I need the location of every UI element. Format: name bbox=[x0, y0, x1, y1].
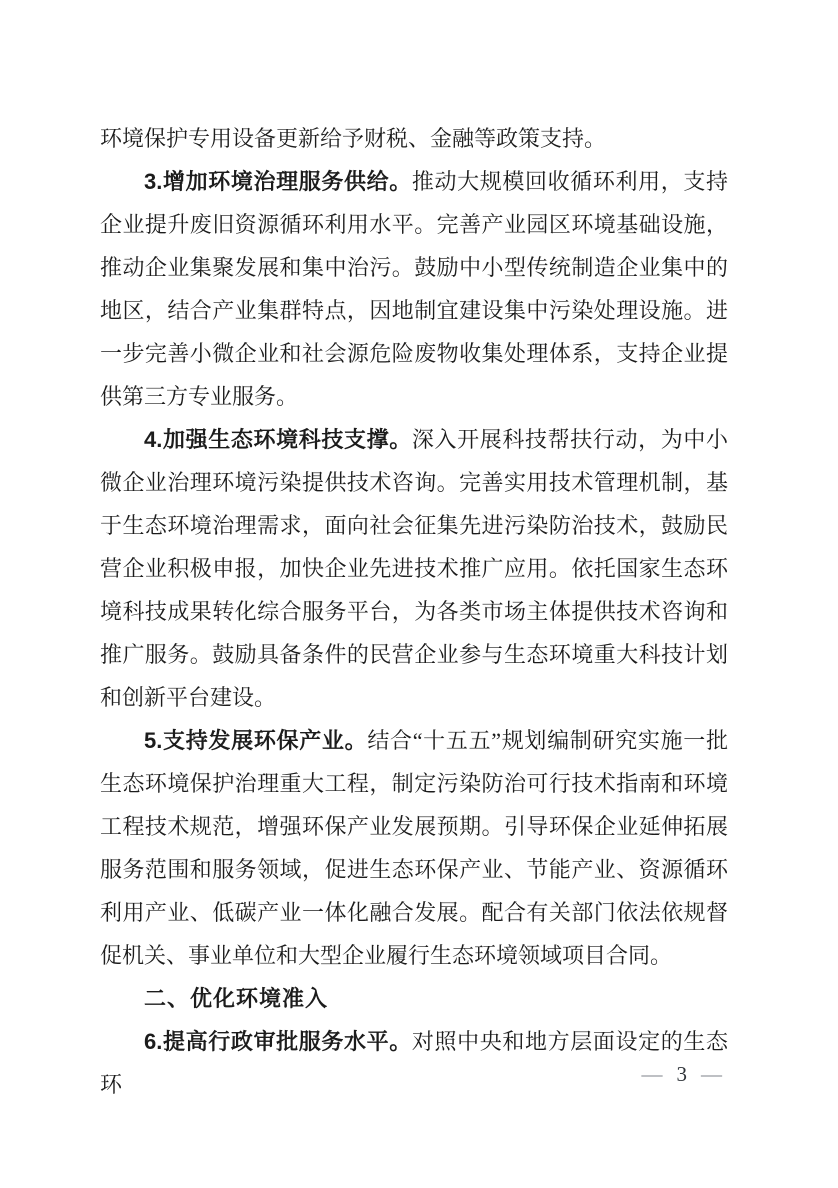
body-text-run: 深入开展科技帮扶行动，为中小微企业治理环境污染提供技术咨询。完善实用技术管理机制… bbox=[100, 427, 728, 710]
body-text-run: 结合“十五五”规划编制研究实施一批生态环境保护治理重大工程，制定污染防治可行技术… bbox=[100, 728, 728, 968]
page-number-dash-right: — bbox=[701, 1062, 722, 1086]
paragraph-item-3: 3.增加环境治理服务供给。推动大规模回收循环利用，支持企业提升废旧资源循环利用水… bbox=[100, 160, 728, 418]
page-number-value: 3 bbox=[677, 1062, 688, 1086]
body-text-run: 推动大规模回收循环利用，支持企业提升废旧资源循环利用水平。完善产业园区环境基础设… bbox=[100, 169, 728, 409]
bold-text-run: 3.增加环境治理服务供给。 bbox=[144, 169, 412, 194]
document-page: 环境保护专用设备更新给予财税、金融等政策支持。3.增加环境治理服务供给。推动大规… bbox=[0, 0, 838, 1188]
page-number: —3— bbox=[642, 1062, 723, 1086]
page-number-dash-left: — bbox=[642, 1062, 663, 1086]
bold-text-run: 6.提高行政审批服务水平。 bbox=[144, 1029, 412, 1054]
paragraph-item-6: 6.提高行政审批服务水平。对照中央和地方层面设定的生态环 bbox=[100, 1020, 728, 1106]
section-heading-2: 二、优化环境准入 bbox=[100, 977, 728, 1020]
paragraph-continuation: 环境保护专用设备更新给予财税、金融等政策支持。 bbox=[100, 117, 728, 160]
document-body: 环境保护专用设备更新给予财税、金融等政策支持。3.增加环境治理服务供给。推动大规… bbox=[100, 117, 728, 1106]
body-text-run: 环境保护专用设备更新给予财税、金融等政策支持。 bbox=[100, 126, 606, 151]
bold-text-run: 二、优化环境准入 bbox=[144, 986, 328, 1011]
paragraph-item-5: 5.支持发展环保产业。结合“十五五”规划编制研究实施一批生态环境保护治理重大工程… bbox=[100, 719, 728, 977]
bold-text-run: 4.加强生态环境科技支撑。 bbox=[144, 427, 412, 452]
paragraph-item-4: 4.加强生态环境科技支撑。深入开展科技帮扶行动，为中小微企业治理环境污染提供技术… bbox=[100, 418, 728, 719]
bold-text-run: 5.支持发展环保产业。 bbox=[144, 728, 367, 753]
